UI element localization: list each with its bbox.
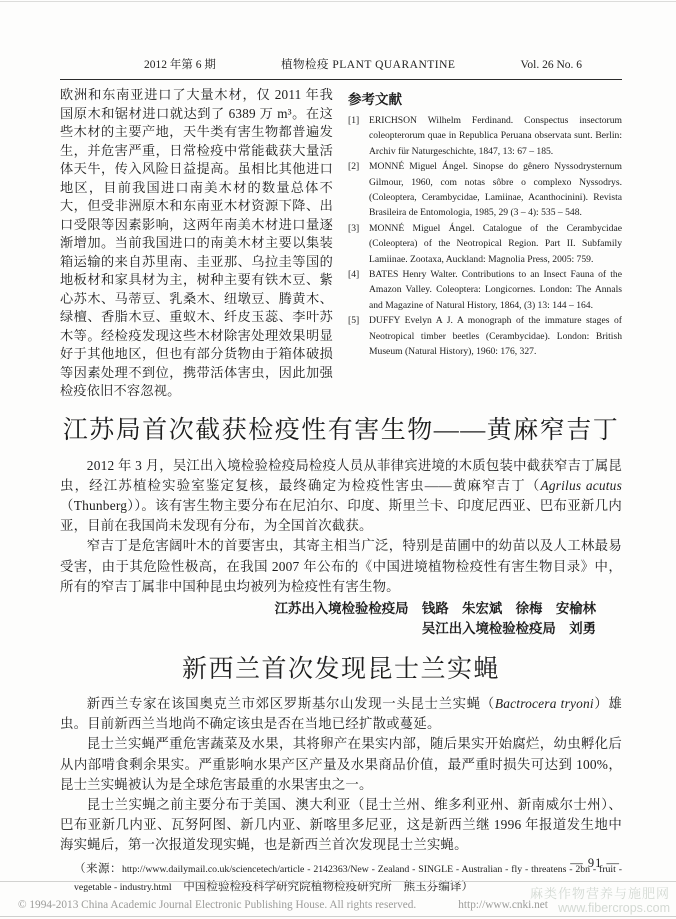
- header-issue: 2012 年第 6 期: [144, 56, 216, 72]
- left-column: 欧洲和东南亚进口了大量木材，仅 2011 年我国原木和锯材进口就达到了 6389…: [60, 86, 333, 401]
- reference-number: [3]: [348, 221, 369, 267]
- reference-number: [5]: [348, 313, 369, 359]
- reference-text: BATES Henry Walter. Contributions to an …: [369, 267, 622, 313]
- article2-paragraph-3: 昆士兰实蝇之前主要分布于美国、澳大利亚（昆士兰州、维多利亚州、新南威尔士州）、巴…: [60, 795, 622, 856]
- reference-text: MONNÉ Miguel Ángel. Sinopse do gênero Ny…: [369, 159, 622, 221]
- references-column: 参考文献 [1] ERICHSON Wilhelm Ferdinand. Con…: [348, 86, 622, 401]
- source-prefix: （来源：: [74, 862, 122, 875]
- article1-species-name: Agrilus acutus: [540, 478, 622, 493]
- header-volume: Vol. 26 No. 6: [521, 59, 582, 71]
- article2-title: 新西兰首次发现昆士兰实蝇: [60, 649, 622, 685]
- left-column-text: 欧洲和东南亚进口了大量木材，仅 2011 年我国原木和锯材进口就达到了 6389…: [60, 87, 333, 398]
- signature-line-1: 江苏出入境检验检疫局 钱路 朱宏斌 徐梅 安榆林: [60, 599, 596, 619]
- reference-number: [4]: [348, 267, 369, 313]
- scan-edge-top: [0, 1, 676, 2]
- footer-rule: [0, 881, 676, 882]
- signature-line-2: 吴江出入境检验检疫局 刘勇: [60, 619, 596, 639]
- watermark-site-name: 麻类作物营养与施肥网: [530, 886, 670, 901]
- watermark-site-url: www.fibercrops.com: [530, 901, 670, 916]
- article1-paragraph-1: 2012 年 3 月，吴江出入境检验检疫局检疫人员从菲律宾进境的木质包装中截获窄…: [60, 456, 622, 537]
- page-header: 2012 年第 6 期 植物检疫 PLANT QUARANTINE Vol. 2…: [60, 56, 622, 72]
- article1-signatures: 江苏出入境检验检疫局 钱路 朱宏斌 徐梅 安榆林 吴江出入境检验检疫局 刘勇: [60, 599, 622, 639]
- article1-p1-post: （Thunberg））。该有害生物主要分布在尼泊尔、印度、斯里兰卡、印度尼西亚、…: [60, 498, 622, 533]
- reference-item: [5] DUFFY Evelyn A J. A monograph of the…: [348, 313, 622, 359]
- header-journal-title: 植物检疫 PLANT QUARANTINE: [216, 56, 521, 72]
- article1-paragraph-2: 窄吉丁是危害阔叶木的首要害虫，其寄主相当广泛，特别是苗圃中的幼苗以及人工林最易受…: [60, 536, 622, 597]
- fibercrops-watermark: 麻类作物营养与施肥网 www.fibercrops.com: [530, 886, 670, 916]
- reference-item: [1] ERICHSON Wilhelm Ferdinand. Conspect…: [348, 113, 622, 159]
- reference-number: [1]: [348, 113, 369, 159]
- reference-text: MONNÉ Miguel Ángel. Catalogue of the Cer…: [369, 221, 622, 267]
- reference-text: ERICHSON Wilhelm Ferdinand. Conspectus i…: [369, 113, 622, 159]
- header-rule: [60, 79, 622, 80]
- reference-item: [3] MONNÉ Miguel Ángel. Catalogue of the…: [348, 221, 622, 267]
- two-column-section: 欧洲和东南亚进口了大量木材，仅 2011 年我国原木和锯材进口就达到了 6389…: [60, 86, 622, 401]
- scan-edge-bottom: [0, 916, 676, 917]
- article1-title: 江苏局首次截获检疫性有害生物——黄麻窄吉丁: [60, 410, 622, 446]
- journal-page: 2012 年第 6 期 植物检疫 PLANT QUARANTINE Vol. 2…: [0, 0, 676, 919]
- reference-number: [2]: [348, 159, 369, 221]
- page-content: 2012 年第 6 期 植物检疫 PLANT QUARANTINE Vol. 2…: [0, 0, 676, 896]
- reference-item: [2] MONNÉ Miguel Ángel. Sinopse do gêner…: [348, 159, 622, 221]
- article2-p1-pre: 新西兰专家在该国奥克兰市郊区罗斯基尔山发现一头昆士兰实蝇（: [87, 696, 495, 711]
- article1-p1-pre: 2012 年 3 月，吴江出入境检验检疫局检疫人员从菲律宾进境的木质包装中截获窄…: [60, 458, 622, 493]
- reference-item: [4] BATES Henry Walter. Contributions to…: [348, 267, 622, 313]
- article2-paragraph-1: 新西兰专家在该国奥克兰市郊区罗斯基尔山发现一头昆士兰实蝇（Bactrocera …: [60, 694, 622, 734]
- footer-copyright: © 1994-2013 China Academic Journal Elect…: [18, 899, 416, 911]
- references-heading: 参考文献: [348, 88, 622, 108]
- reference-text: DUFFY Evelyn A J. A monograph of the imm…: [369, 313, 622, 359]
- article2-paragraph-2: 昆士兰实蝇严重危害蔬菜及水果，其将卵产在果实内部，随后果实开始腐烂，幼虫孵化后从…: [60, 734, 622, 795]
- page-number: — 91 —: [570, 856, 620, 871]
- article2-species-name: Bactrocera tryoni: [495, 696, 594, 711]
